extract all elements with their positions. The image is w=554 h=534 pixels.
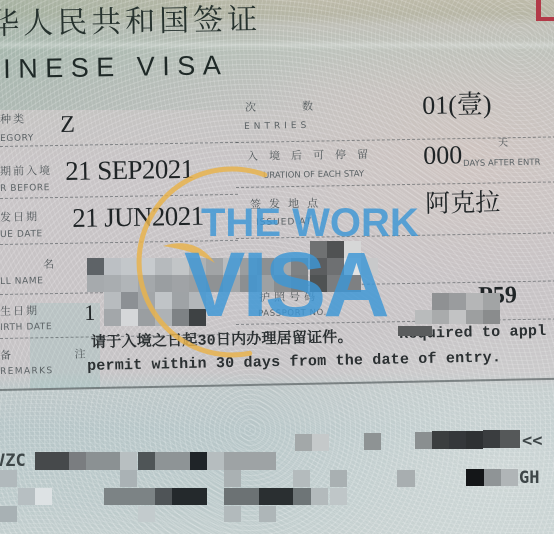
redaction-block (432, 293, 449, 310)
duration-unit-cn: 天 (498, 139, 510, 149)
redaction-block (501, 469, 518, 486)
redaction-block (155, 292, 172, 309)
redaction-block (466, 469, 484, 486)
redaction-block (293, 488, 311, 505)
redaction-block (449, 293, 466, 310)
redaction-block (18, 488, 35, 505)
redaction-block (138, 309, 155, 326)
redaction-block (415, 432, 432, 449)
entries-label-en: ENTRIES (244, 122, 310, 132)
enter-before-value: 21 SEP2021 (65, 156, 194, 185)
redaction-block (121, 275, 138, 292)
redaction-block (224, 506, 241, 522)
serial-number-fragment (536, 17, 554, 21)
redaction-block (466, 431, 483, 449)
enter-before-label-cn: 期前入境 (0, 165, 52, 177)
birth-date-value: 1 (84, 302, 95, 324)
full-name-label-en: LL NAME (0, 277, 44, 287)
redaction-block (207, 452, 224, 470)
category-label-cn: 种类 (0, 114, 26, 125)
birth-date-label-cn: 生日期 (0, 305, 39, 317)
redaction-block (104, 488, 155, 505)
category-label-en: EGORY (0, 134, 34, 144)
redaction-block (295, 434, 312, 451)
redaction-block (155, 309, 172, 326)
redaction-block (87, 275, 104, 292)
redaction-block (449, 310, 466, 324)
redaction-block (259, 506, 276, 522)
redaction-block (466, 310, 483, 324)
redaction-block (86, 452, 120, 470)
redaction-block (311, 488, 328, 505)
redaction-block (364, 433, 381, 450)
redaction-block (330, 470, 347, 487)
redaction-block (224, 452, 276, 470)
field-divider (0, 142, 238, 147)
redaction-block (224, 470, 241, 487)
redaction-block (293, 470, 310, 487)
redaction-block (330, 488, 347, 505)
redaction-block (155, 488, 172, 505)
mrz-line1-end: << (522, 433, 542, 450)
redaction-block (172, 488, 207, 505)
redaction-block (397, 470, 415, 487)
visa-title-english: INESE VISA (3, 52, 228, 83)
mrz-line2-end: GH (519, 470, 539, 487)
security-band (0, 40, 554, 50)
redaction-block (35, 452, 69, 470)
duration-label-cn: 入境后可停留 (247, 149, 379, 162)
redaction-block (0, 506, 17, 522)
redaction-block (69, 452, 86, 470)
redaction-block (449, 431, 466, 449)
redaction-block (138, 452, 155, 470)
issue-date-value: 21 JUN2021 (72, 203, 204, 232)
redaction-block (104, 258, 121, 275)
field-divider (236, 181, 554, 188)
duration-label-en: URATION OF EACH STAY (263, 170, 364, 180)
remarks-line1-english: Required to appl (399, 324, 547, 342)
redaction-block (484, 469, 501, 486)
redaction-block (138, 258, 155, 275)
redaction-block (121, 309, 138, 326)
redaction-block (483, 430, 500, 448)
redaction-block (120, 470, 137, 487)
redaction-block (500, 430, 520, 448)
redaction-block (312, 434, 329, 451)
redaction-block (87, 258, 104, 275)
issue-date-label-en: UE DATE (0, 230, 43, 240)
redaction-block (120, 452, 137, 470)
issue-date-label-cn: 发日期 (0, 211, 39, 223)
category-value: Z (60, 113, 75, 137)
enter-before-label-en: R BEFORE (0, 184, 50, 194)
watermark-text-visa: VISA (184, 239, 387, 331)
issued-at-value: 阿克拉 (425, 191, 500, 217)
redaction-block (138, 292, 155, 309)
guilloche-pattern (0, 390, 554, 534)
redaction-block (155, 258, 172, 275)
redaction-block (35, 488, 52, 505)
redaction-block (432, 310, 449, 324)
redaction-block (121, 292, 138, 309)
full-name-label-cn: 名 (43, 259, 56, 270)
visa-title-chinese: 华人民共和国签证 (0, 5, 261, 40)
entries-value: 01(壹) (422, 92, 492, 119)
remarks-line2: permit within 30 days from the date of e… (87, 350, 501, 374)
redaction-block (190, 452, 207, 470)
field-divider (0, 194, 238, 199)
redaction-block (121, 258, 138, 275)
entries-label-cn: 次数 (245, 100, 359, 113)
redaction-block (155, 452, 190, 470)
redaction-block (224, 488, 259, 505)
redaction-block (104, 292, 121, 309)
redaction-block (138, 275, 155, 292)
duration-unit-en: DAYS AFTER ENTR (463, 159, 541, 169)
redaction-block (259, 488, 293, 505)
redaction-block (104, 309, 121, 326)
redaction-block (104, 275, 121, 292)
redaction-block (432, 431, 449, 449)
passport-no-value: P59 (478, 283, 517, 308)
redaction-block (483, 310, 500, 324)
duration-value: 000 (423, 142, 462, 169)
redaction-block (415, 310, 432, 324)
birth-date-label-en: IRTH DATE (0, 323, 52, 333)
visa-photo: 华人民共和国签证 INESE VISA 种类 EGORY Z 期前入境 R BE… (0, 0, 554, 534)
mrz-line1-start: VZC (0, 453, 26, 470)
redaction-block (0, 470, 17, 487)
redaction-block (155, 275, 172, 292)
remarks-label-en: REMARKS (0, 367, 54, 377)
redaction-block (138, 506, 155, 522)
